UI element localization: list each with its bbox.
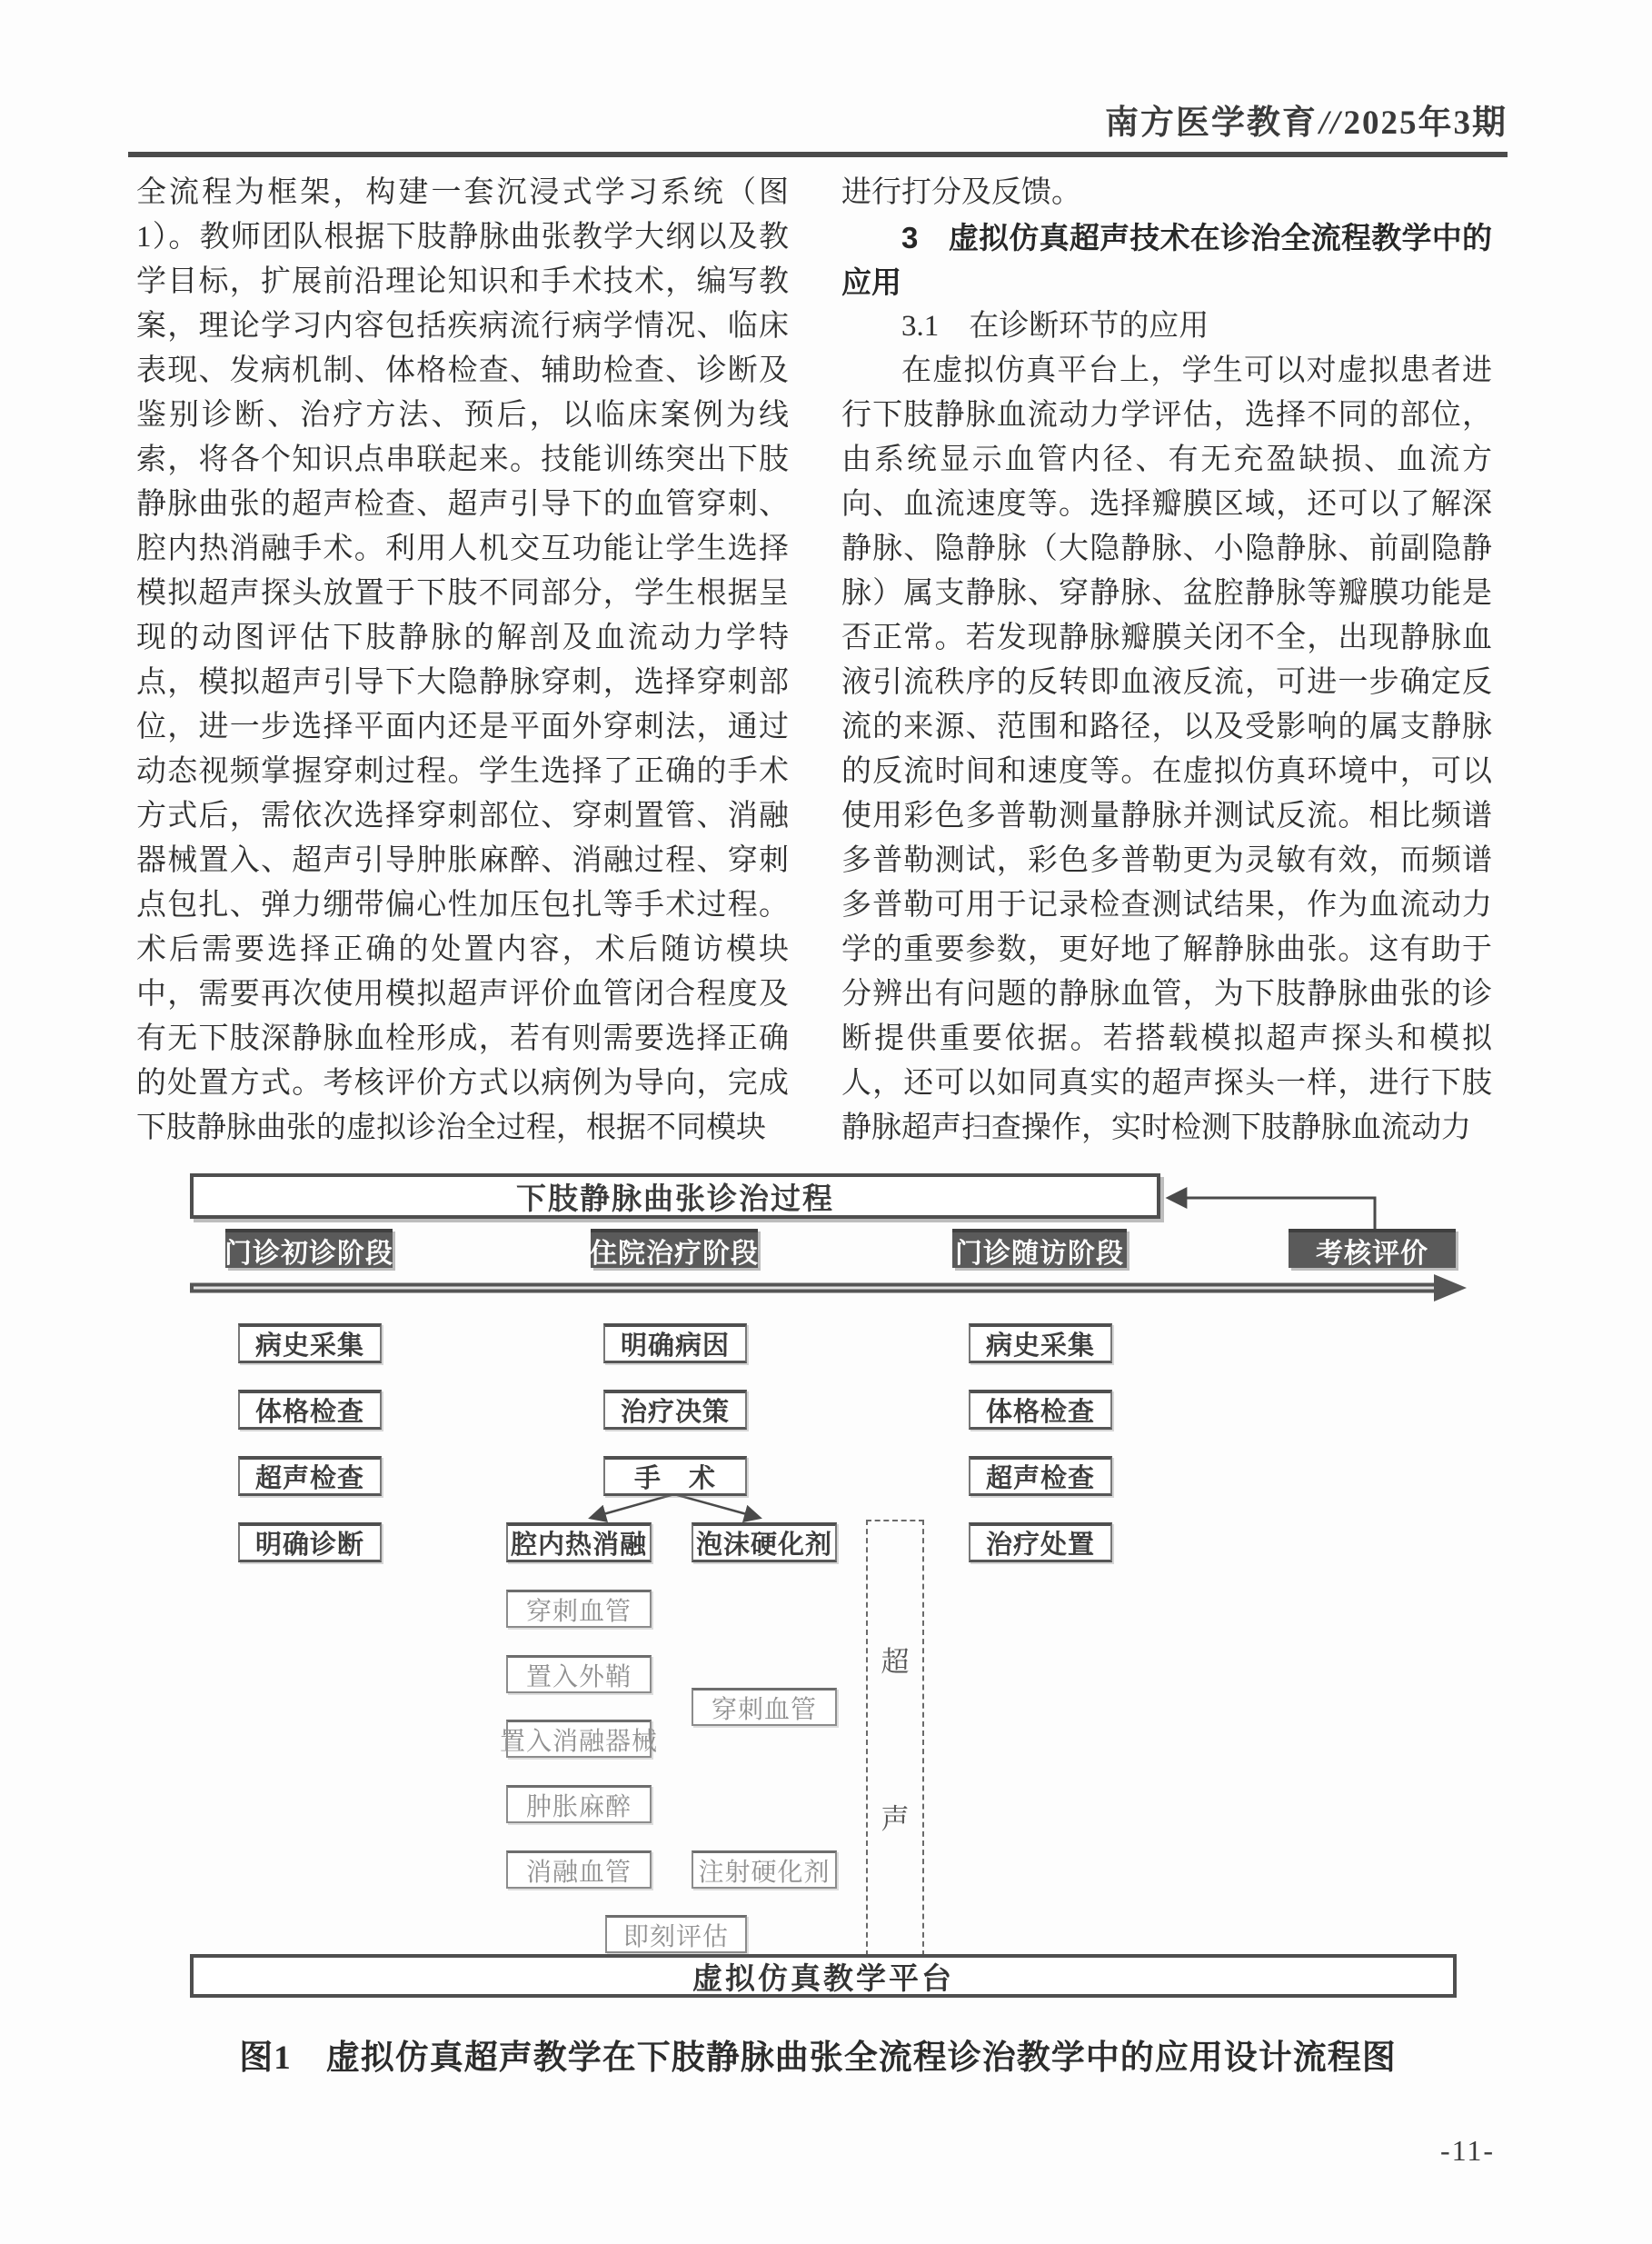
running-header: 南方医学教育//2025年3期 [1105,95,1508,144]
node-ultrasound-exam: 超声检查 [238,1456,382,1496]
ultrasound-dashed-band: 超 声 [866,1520,924,1956]
stage-outpatient-followup: 门诊随访阶段 [952,1229,1127,1268]
journal-page: 南方医学教育//2025年3期 全流程为框架，构建一套沉浸式学习系统（图1）。教… [0,0,1652,2244]
step-puncture-vessel: 穿刺血管 [506,1590,652,1628]
section-heading: 3 虚拟仿真超声技术在诊治全流程教学中的应用 [841,215,1492,304]
timeline-arrowhead [1434,1274,1467,1302]
step-insert-sheath: 置入外鞘 [506,1655,652,1693]
step-puncture-vessel-sclero: 穿刺血管 [692,1688,837,1726]
node-physical-exam: 体格检查 [238,1390,382,1430]
node-treatment-disposal: 治疗处置 [969,1522,1112,1562]
node-endovenous-thermal-ablation: 腔内热消融 [506,1522,652,1562]
body-paragraph-continued: 全流程为框架，构建一套沉浸式学习系统（图1）。教师团队根据下肢静脉曲张教学大纲以… [136,171,789,1151]
branch-arrow-sclerotherapy [674,1494,760,1518]
node-identify-cause: 明确病因 [603,1323,747,1363]
node-confirm-diagnosis: 明确诊断 [238,1522,382,1562]
left-column: 全流程为框架，构建一套沉浸式学习系统（图1）。教师团队根据下肢静脉曲张教学大纲以… [136,171,789,1151]
body-paragraph-continued: 进行打分及反馈。 [841,171,1492,215]
node-ultrasound-exam-followup: 超声检查 [969,1456,1112,1496]
ultrasound-char-2: 声 [881,1796,910,1837]
journal-name: 南方医学教育 [1105,105,1318,142]
node-foam-sclerosant: 泡沫硬化剂 [692,1522,837,1562]
header-rule [128,152,1508,157]
figure-title-box: 下肢静脉曲张诊治过程 [190,1173,1160,1219]
stage-assessment: 考核评价 [1289,1229,1456,1268]
subsection-heading: 3.1 在诊断环节的应用 [841,304,1492,349]
feedback-arrow [1169,1198,1375,1229]
step-tumescent-anesthesia: 肿胀麻醉 [506,1785,652,1823]
node-history-taking: 病史采集 [238,1323,382,1363]
header-separator: // [1318,105,1344,142]
step-ablate-vessel: 消融血管 [506,1850,652,1889]
step-insert-ablation-device: 置入消融器械 [506,1720,652,1758]
page-number: -11- [1404,2134,1531,2168]
platform-box: 虚拟仿真教学平台 [190,1954,1457,1998]
branch-arrow-ablation [591,1494,674,1518]
right-column: 进行打分及反馈。 3 虚拟仿真超声技术在诊治全流程教学中的应用 3.1 在诊断环… [841,171,1492,1151]
stage-outpatient-initial: 门诊初诊阶段 [225,1229,393,1268]
node-history-taking-followup: 病史采集 [969,1323,1112,1363]
issue-label: 2025年3期 [1344,105,1508,142]
ultrasound-char-1: 超 [881,1639,910,1680]
node-physical-exam-followup: 体格检查 [969,1390,1112,1430]
figure-caption: 图1 虚拟仿真超声教学在下肢静脉曲张全流程诊治教学中的应用设计流程图 [128,2030,1508,2079]
step-inject-sclerosant: 注射硬化剂 [692,1850,837,1889]
stage-inpatient-treatment: 住院治疗阶段 [591,1229,758,1268]
body-paragraph: 在虚拟仿真平台上，学生可以对虚拟患者进行下肢静脉血流动力学评估，选择不同的部位，… [841,349,1492,1151]
step-immediate-assessment: 即刻评估 [605,1915,747,1953]
node-treatment-decision: 治疗决策 [603,1390,747,1430]
node-surgery: 手 术 [603,1456,747,1496]
